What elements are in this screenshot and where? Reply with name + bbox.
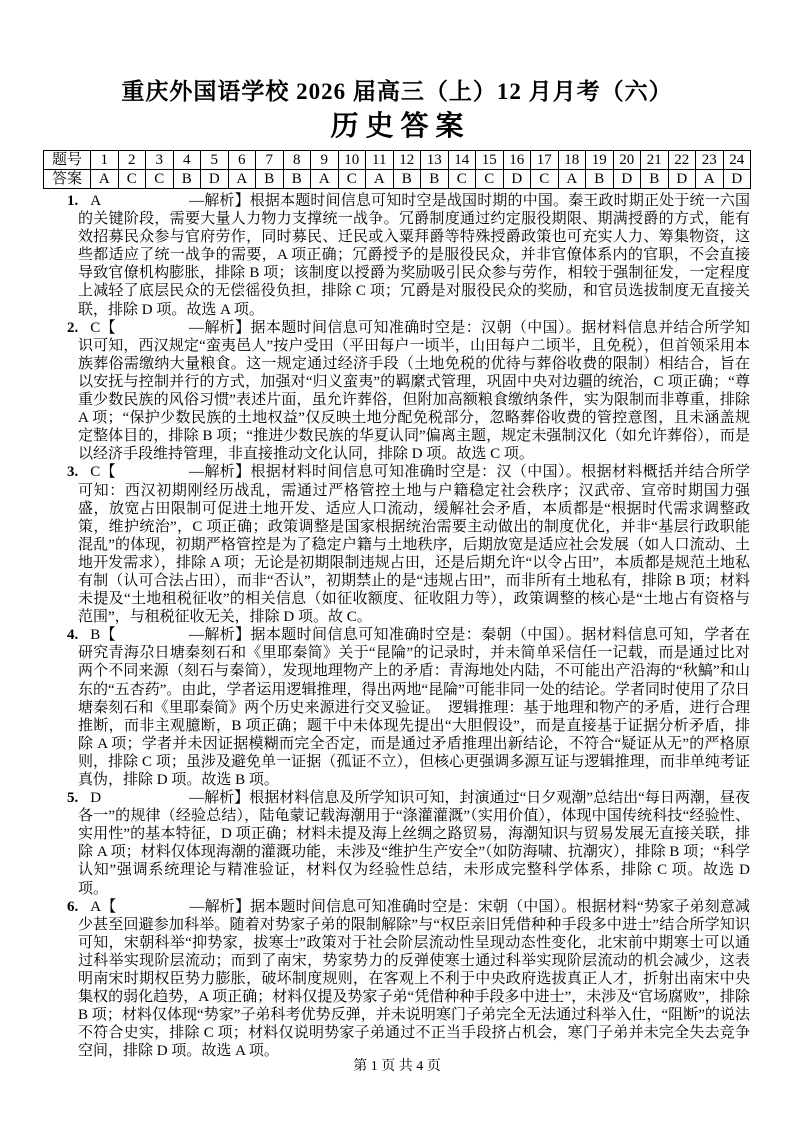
question-number-cell: 7 (256, 151, 284, 170)
answer-letter-cell: C (146, 170, 174, 189)
item-answer-letter: A【 (90, 899, 116, 915)
answer-letter-cell: B (283, 170, 311, 189)
document-page: 重庆外国语学校 2026 届高三（上）12 月月考（六） 历 史 答 案 题号 … (0, 0, 794, 1123)
explanation-item: 5.D—解析】根据材料信息及所学知识可知，封演通过“日夕观潮”总结出“每日两潮，… (78, 789, 750, 898)
question-number-cell: 16 (503, 151, 531, 170)
question-number-cell: 22 (668, 151, 696, 170)
question-number-cell: 6 (228, 151, 256, 170)
question-number-cell: 8 (283, 151, 311, 170)
question-number-cell: 1 (91, 151, 119, 170)
explanation-item: 4.B【—解析】据本题时间信息可知准确时空是：秦朝（中国）。据材料信息可知，学者… (78, 626, 750, 789)
question-number-cell: 3 (146, 151, 174, 170)
item-answer-letter: B【 (90, 627, 116, 643)
question-number-cell: 15 (476, 151, 504, 170)
question-number-cell: 10 (338, 151, 366, 170)
answer-letter-cell: B (173, 170, 201, 189)
question-number-cell: 20 (613, 151, 641, 170)
question-number-cell: 5 (201, 151, 229, 170)
question-number-cell: 9 (311, 151, 339, 170)
question-number-cell: 4 (173, 151, 201, 170)
item-answer-letter: A (90, 193, 101, 209)
answer-letter-cell: D (503, 170, 531, 189)
answer-letter-cell: C (118, 170, 146, 189)
question-number-cell: 13 (421, 151, 449, 170)
answer-letter-cell: B (256, 170, 284, 189)
doc-subtitle: 历 史 答 案 (0, 112, 794, 142)
item-analysis-text: —解析】根据本题时间信息可知时空是战国时期的中国。秦王政时期正处于统一六国的关键… (78, 193, 750, 318)
answer-letter-cell: A (311, 170, 339, 189)
item-analysis-text: —解析】根据材料信息及所学知识可知，封演通过“日夕观潮”总结出“每日两潮，昼夜各… (78, 790, 750, 896)
item-analysis-text: —解析】据本题时间信息可知准确时空是：宋朝（中国）。根据材料“势家子弟刻意减少甚… (78, 899, 750, 1060)
explanations-list: 1.A—解析】根据本题时间信息可知时空是战国时期的中国。秦王政时期正处于统一六国… (78, 192, 750, 1061)
answer-letter-cell: B (421, 170, 449, 189)
page-footer: 第 1 页 共 4 页 (0, 1055, 794, 1075)
answer-letter-cell: B (393, 170, 421, 189)
question-number-cell: 14 (448, 151, 476, 170)
answer-letter-cell: C (448, 170, 476, 189)
item-answer-letter: D (90, 790, 101, 806)
item-number: 3. (67, 464, 78, 480)
answer-letter-cell: B (641, 170, 669, 189)
answer-letter-cell: D (201, 170, 229, 189)
item-analysis-text: —解析】据本题时间信息可知准确时空是：汉朝（中国）。据材料信息并结合所学知识可知… (78, 320, 750, 463)
doc-title: 重庆外国语学校 2026 届高三（上）12 月月考（六） (0, 0, 794, 105)
explanation-item: 3.C【—解析】根据材料时间信息可知准确时空是：汉（中国）。根据材料概括并结合所… (78, 463, 750, 626)
answer-table: 题号 1234567891011121314151617181920212223… (43, 150, 751, 189)
answer-letter-cell: A (366, 170, 394, 189)
explanation-item: 6.A【—解析】据本题时间信息可知准确时空是：宋朝（中国）。根据材料“势家子弟刻… (78, 898, 750, 1061)
answer-letter-cell: D (668, 170, 696, 189)
explanation-item: 2.C【—解析】据本题时间信息可知准确时空是：汉朝（中国）。据材料信息并结合所学… (78, 319, 750, 464)
question-number-cell: 12 (393, 151, 421, 170)
answer-letter-cell: A (91, 170, 119, 189)
question-number-cell: 18 (558, 151, 586, 170)
question-number-cell: 23 (696, 151, 724, 170)
row-label-question-number: 题号 (44, 151, 91, 170)
answer-letter-cell: C (338, 170, 366, 189)
answer-letter-cell: D (613, 170, 641, 189)
item-answer-letter: C【 (90, 320, 116, 336)
question-number-cell: 19 (586, 151, 614, 170)
item-answer-letter: C【 (90, 464, 116, 480)
answer-table-row-numbers: 题号 1234567891011121314151617181920212223… (44, 151, 751, 170)
answer-letter-cell: C (531, 170, 559, 189)
answer-letter-cell: A (696, 170, 724, 189)
explanation-item: 1.A—解析】根据本题时间信息可知时空是战国时期的中国。秦王政时期正处于统一六国… (78, 192, 750, 319)
answer-letter-cell: C (476, 170, 504, 189)
item-number: 4. (67, 627, 78, 643)
question-number-cell: 11 (366, 151, 394, 170)
question-number-cell: 21 (641, 151, 669, 170)
row-label-answer: 答案 (44, 170, 91, 189)
answer-letter-cell: A (558, 170, 586, 189)
item-analysis-text: —解析】根据材料时间信息可知准确时空是：汉（中国）。根据材料概括并结合所学可知：… (78, 464, 750, 625)
question-number-cell: 17 (531, 151, 559, 170)
question-number-cell: 24 (723, 151, 751, 170)
item-analysis-text: —解析】据本题时间信息可知准确时空是：秦朝（中国）。据材料信息可知，学者在研究青… (78, 627, 750, 788)
answer-table-row-answers: 答案 ACCBDABBACABBCCDCABDBDAD (44, 170, 751, 189)
answer-letter-cell: B (586, 170, 614, 189)
item-number: 2. (67, 320, 78, 336)
question-number-cell: 2 (118, 151, 146, 170)
answer-letter-cell: D (723, 170, 751, 189)
item-number: 6. (67, 899, 78, 915)
item-number: 1. (67, 193, 78, 209)
item-number: 5. (67, 790, 78, 806)
answer-letter-cell: A (228, 170, 256, 189)
